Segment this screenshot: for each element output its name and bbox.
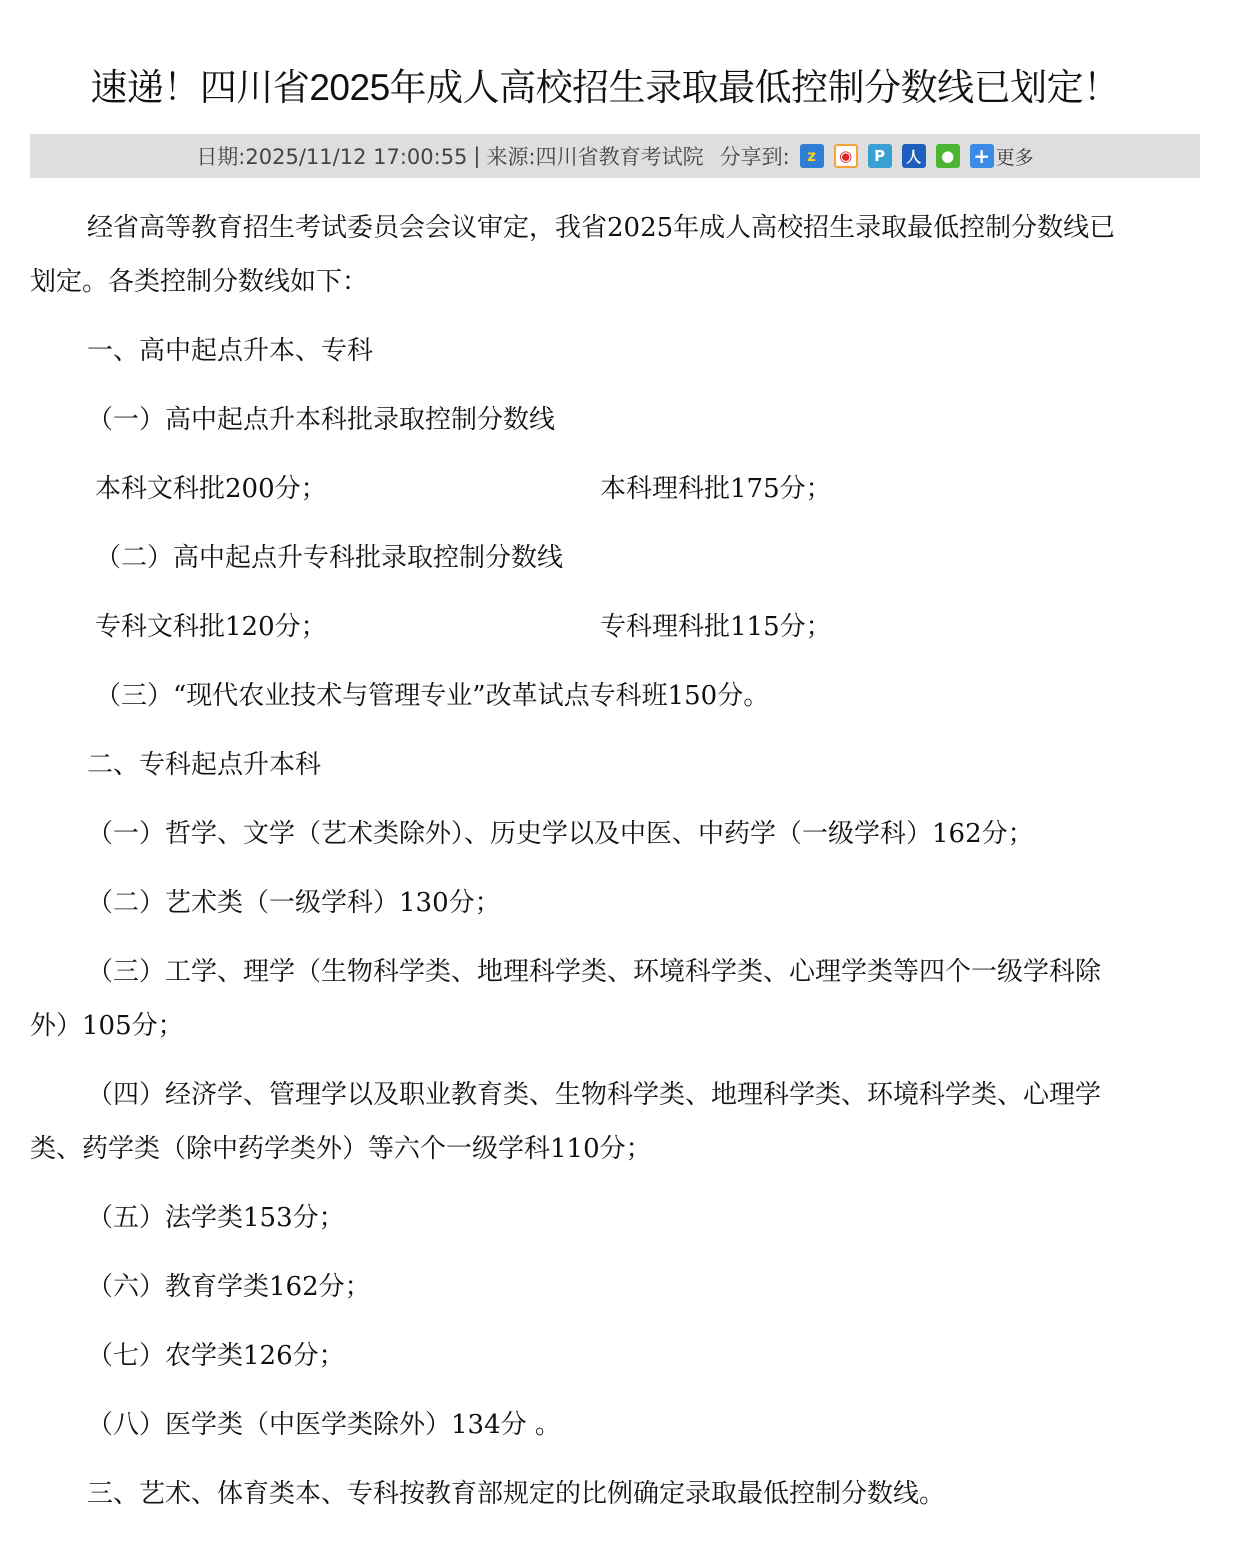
- tencent-weibo-icon[interactable]: P: [868, 144, 892, 168]
- section2-item-2: （二）艺术类（一级学科）130分；: [87, 876, 501, 930]
- more-share-icon[interactable]: +: [970, 144, 994, 168]
- intro-paragraph-line1: 经省高等教育招生考试委员会会议审定，我省2025年成人高校招生录取最低控制分数线…: [87, 201, 1115, 255]
- score-agriculture-pilot: （三）“现代农业技术与管理专业”改革试点专科班150分。: [95, 669, 769, 723]
- article-title: 速递！四川省2025年成人高校招生录取最低控制分数线已划定！: [0, 62, 1210, 114]
- section2-item-3-line2: 外）105分；: [30, 999, 184, 1053]
- section2-item-8: （八）医学类（中医学类除外）134分 。: [87, 1398, 561, 1452]
- section2-item-7: （七）农学类126分；: [87, 1329, 345, 1383]
- section2-item-1: （一）哲学、文学（艺术类除外）、历史学以及中医、中药学（一级学科）162分；: [87, 807, 1034, 861]
- more-share-link[interactable]: 更多: [996, 143, 1034, 170]
- score-undergrad-science: 本科理科批175分；: [600, 462, 832, 516]
- meta-separator: |: [473, 144, 480, 168]
- section2-item-5: （五）法学类153分；: [87, 1191, 345, 1245]
- section1-heading: 一、高中起点升本、专科: [87, 324, 373, 378]
- share-icons: z ◉ P 人 ● + 更多: [800, 143, 1034, 170]
- weibo-icon[interactable]: ◉: [834, 144, 858, 168]
- intro-paragraph-line2: 划定。各类控制分数线如下：: [30, 255, 368, 309]
- publish-date: 日期:2025/11/12 17:00:55: [196, 141, 467, 171]
- section2-item-4-line2: 类、药学类（除中药学类外）等六个一级学科110分；: [30, 1122, 652, 1176]
- qzone-icon[interactable]: z: [800, 144, 824, 168]
- article-source: 来源:四川省教育考试院: [487, 141, 704, 171]
- section2-item-6: （六）教育学类162分；: [87, 1260, 371, 1314]
- score-undergrad-liberal-arts: 本科文科批200分；: [95, 462, 327, 516]
- score-junior-liberal-arts: 专科文科批120分；: [95, 600, 327, 654]
- section1-sub2-heading: （二）高中起点升专科批录取控制分数线: [95, 531, 563, 585]
- section1-sub1-heading: （一）高中起点升本科批录取控制分数线: [87, 393, 555, 447]
- renren-icon[interactable]: 人: [902, 144, 926, 168]
- section3-heading: 三、艺术、体育类本、专科按教育部规定的比例确定录取最低控制分数线。: [87, 1467, 945, 1521]
- score-junior-science: 专科理科批115分；: [600, 600, 832, 654]
- share-label: 分享到:: [720, 141, 790, 171]
- wechat-icon[interactable]: ●: [936, 144, 960, 168]
- section2-item-3-line1: （三）工学、理学（生物科学类、地理科学类、环境科学类、心理学类等四个一级学科除: [87, 945, 1101, 999]
- section2-heading: 二、专科起点升本科: [87, 738, 321, 792]
- article-meta-bar: 日期:2025/11/12 17:00:55 | 来源:四川省教育考试院 分享到…: [30, 134, 1200, 178]
- section2-item-4-line1: （四）经济学、管理学以及职业教育类、生物科学类、地理科学类、环境科学类、心理学: [87, 1068, 1101, 1122]
